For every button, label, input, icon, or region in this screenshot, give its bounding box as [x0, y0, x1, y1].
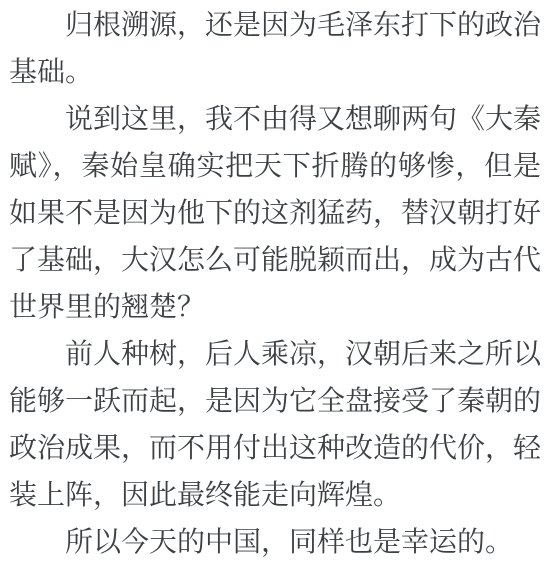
paragraph-2: 说到这里，我不由得又想聊两句《大秦赋》，秦始皇确实把天下折腾的够惨，但是如果不是…	[9, 95, 541, 330]
paragraph-1: 归根溯源，还是因为毛泽东打下的政治基础。	[9, 1, 541, 95]
article-page: 归根溯源，还是因为毛泽东打下的政治基础。 说到这里，我不由得又想聊两句《大秦赋》…	[0, 0, 550, 568]
paragraph-4: 所以今天的中国，同样也是幸运的。	[9, 518, 541, 565]
paragraph-3: 前人种树，后人乘凉，汉朝后来之所以能够一跃而起，是因为它全盘接受了秦朝的政治成果…	[9, 330, 541, 518]
